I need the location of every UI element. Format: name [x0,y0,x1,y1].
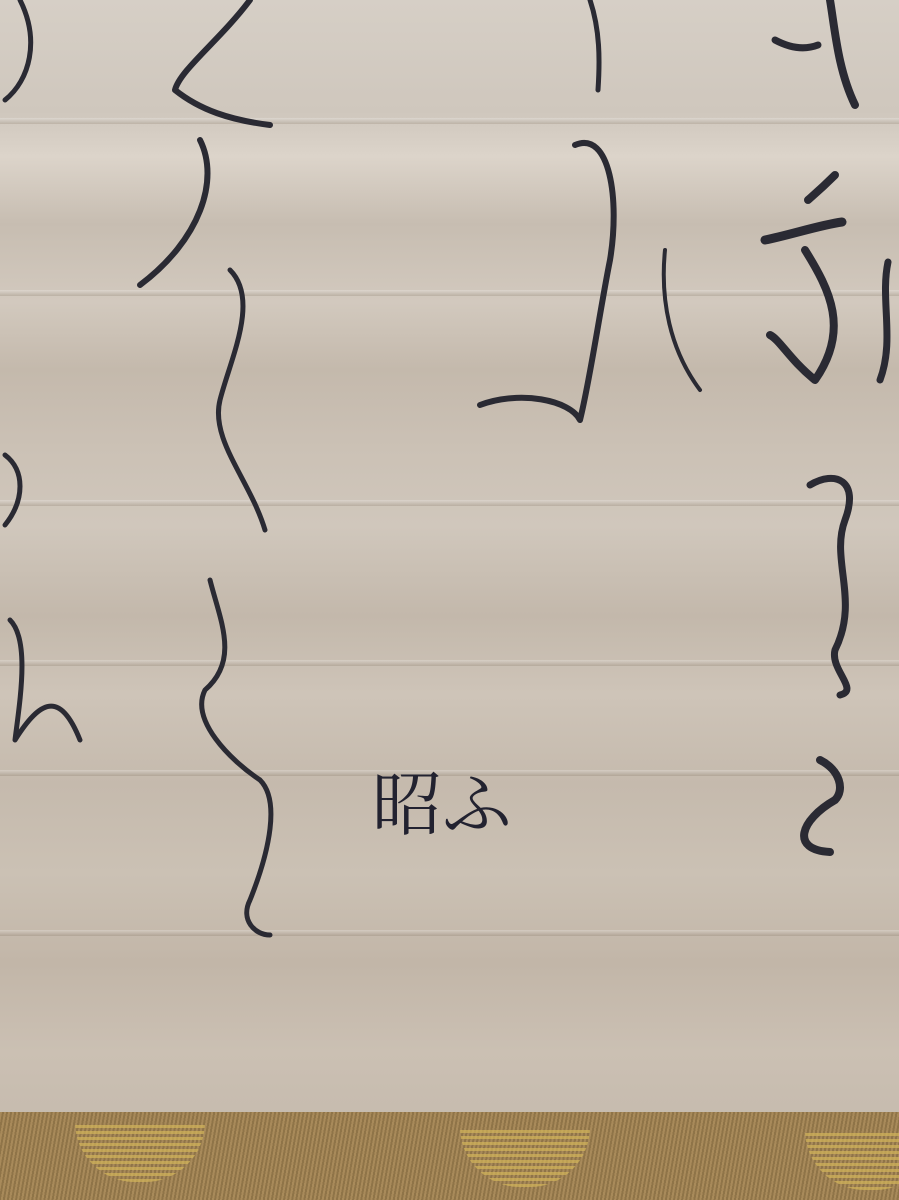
calligraphy-strokes [0,0,899,1120]
brocade-mounting [0,1112,899,1200]
brocade-motif [75,1122,205,1182]
brocade-motif [805,1130,899,1190]
brocade-motif [460,1127,590,1187]
signature-character: 昭ふ [372,770,512,840]
